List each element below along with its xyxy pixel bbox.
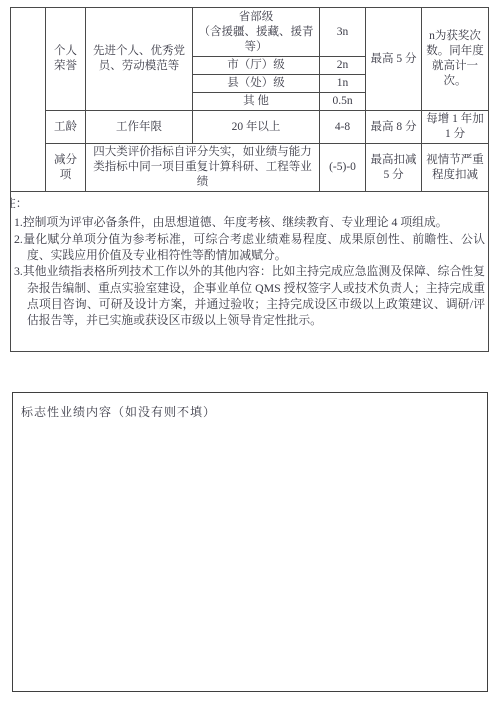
honor-score-county: 1n bbox=[320, 75, 366, 93]
honor-level-county: 县（处）级 bbox=[193, 75, 320, 93]
note-item-3: 3.其他业绩指表格所列技术工作以外的其他内容：比如主持完成应急监测及保障、综合性… bbox=[14, 263, 485, 328]
note-item-1: 1.控制项为评审必备条件，由思想道德、年度考核、继续教育、专业理论 4 项组成。 bbox=[14, 214, 485, 230]
signature-achievements-label: 标志性业绩内容（如没有则不填） bbox=[13, 393, 487, 420]
seniority-row: 工龄 工作年限 20 年以上 4-8 最高 8 分 每增 1 年加 1 分 bbox=[11, 111, 489, 144]
notes-row: 注： 1.控制项为评审必备条件，由思想道德、年度考核、继续教育、专业理论 4 项… bbox=[11, 192, 489, 352]
honor-level-provincial: 省部级 （含援疆、援藏、援青等） bbox=[193, 8, 320, 57]
honor-max-score: 最高 5 分 bbox=[366, 8, 422, 111]
honor-score-provincial: 3n bbox=[320, 8, 366, 57]
score-table: 个人 荣誉 先进个人、优秀党员、劳动模范等 省部级 （含援疆、援藏、援青等） 3… bbox=[10, 7, 489, 352]
seniority-score: 4-8 bbox=[320, 111, 366, 144]
deduction-max-score: 最高扣减 5 分 bbox=[366, 144, 422, 192]
seniority-desc: 工作年限 bbox=[86, 111, 193, 144]
honor-desc: 先进个人、优秀党员、劳动模范等 bbox=[86, 8, 193, 111]
notes-section: 注： 1.控制项为评审必备条件，由思想道德、年度考核、继续教育、专业理论 4 项… bbox=[11, 192, 489, 352]
honor-level-other: 其 他 bbox=[193, 93, 320, 111]
honor-remark: n为获奖次数。同年度就高计一次。 bbox=[422, 8, 489, 111]
deduction-row: 减分 项 四大类评价指标自评分失实，如业绩与能力类指标中同一项目重复计算科研、工… bbox=[11, 144, 489, 192]
merged-empty-cell bbox=[11, 8, 46, 192]
seniority-condition: 20 年以上 bbox=[193, 111, 320, 144]
deduction-category-label: 减分 项 bbox=[46, 144, 86, 192]
honor-row-provincial: 个人 荣誉 先进个人、优秀党员、劳动模范等 省部级 （含援疆、援藏、援青等） 3… bbox=[11, 8, 489, 57]
deduction-remark: 视情节严重程度扣减 bbox=[422, 144, 489, 192]
seniority-category-label: 工龄 bbox=[46, 111, 86, 144]
honor-level-city: 市（厅）级 bbox=[193, 57, 320, 75]
honor-category-label: 个人 荣誉 bbox=[46, 8, 86, 111]
seniority-remark: 每增 1 年加 1 分 bbox=[422, 111, 489, 144]
signature-achievements-box: 标志性业绩内容（如没有则不填） bbox=[12, 392, 488, 692]
deduction-score: (-5)-0 bbox=[320, 144, 366, 192]
honor-score-city: 2n bbox=[320, 57, 366, 75]
notes-prefix: 注： bbox=[11, 195, 28, 211]
seniority-max-score: 最高 8 分 bbox=[366, 111, 422, 144]
document-page: 个人 荣誉 先进个人、优秀党员、劳动模范等 省部级 （含援疆、援藏、援青等） 3… bbox=[0, 0, 496, 706]
honor-score-other: 0.5n bbox=[320, 93, 366, 111]
note-item-2: 2.量化赋分单项分值为参考标准，可综合考虑业绩难易程度、成果原创性、前瞻性、公认… bbox=[14, 231, 485, 264]
deduction-desc: 四大类评价指标自评分失实，如业绩与能力类指标中同一项目重复计算科研、工程等业绩 bbox=[86, 144, 320, 192]
